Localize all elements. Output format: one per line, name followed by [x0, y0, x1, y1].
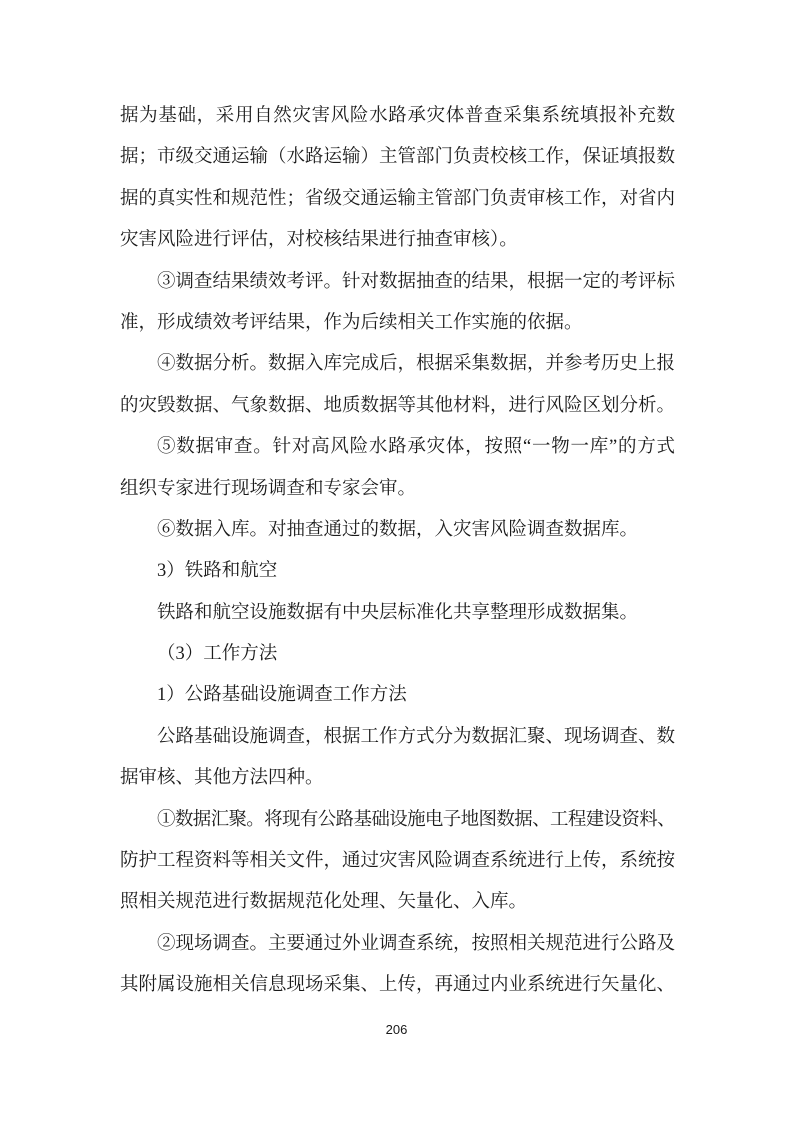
- document-body-text: 据为基础，采用自然灾害风险水路承灾体普查采集系统填报补充数 据；市级交通运输（水…: [120, 96, 675, 1007]
- text-line: 照相关规范进行数据规范化处理、矢量化、入库。: [120, 882, 675, 923]
- text-line: ①数据汇聚。将现有公路基础设施电子地图数据、工程建设资料、: [120, 800, 675, 841]
- section-heading: 3）铁路和航空: [120, 551, 675, 592]
- text-line: ④数据分析。数据入库完成后，根据采集数据，并参考历史上报: [120, 344, 675, 385]
- text-line: 据；市级交通运输（水路运输）主管部门负责校核工作，保证填报数: [120, 137, 675, 178]
- text-line: ⑥数据入库。对抽查通过的数据，入灾害风险调查数据库。: [120, 510, 675, 551]
- page-number: 206: [0, 1022, 793, 1037]
- text-line: 的灾毁数据、气象数据、地质数据等其他材料，进行风险区划分析。: [120, 386, 675, 427]
- text-line: ②现场调查。主要通过外业调查系统，按照相关规范进行公路及: [120, 924, 675, 965]
- text-line: 防护工程资料等相关文件，通过灾害风险调查系统进行上传，系统按: [120, 841, 675, 882]
- text-line: ⑤数据审查。针对高风险水路承灾体，按照“一物一库”的方式: [120, 427, 675, 468]
- text-line: 铁路和航空设施数据有中央层标准化共享整理形成数据集。: [120, 593, 675, 634]
- text-line: 准，形成绩效考评结果，作为后续相关工作实施的依据。: [120, 303, 675, 344]
- text-line: 公路基础设施调查，根据工作方式分为数据汇聚、现场调查、数: [120, 717, 675, 758]
- document-page: 据为基础，采用自然灾害风险水路承灾体普查采集系统填报补充数 据；市级交通运输（水…: [0, 0, 793, 1122]
- text-line: 据审核、其他方法四种。: [120, 758, 675, 799]
- text-line: 据为基础，采用自然灾害风险水路承灾体普查采集系统填报补充数: [120, 96, 675, 137]
- text-line: 其附属设施相关信息现场采集、上传，再通过内业系统进行矢量化、: [120, 965, 675, 1006]
- text-line: 据的真实性和规范性；省级交通运输主管部门负责审核工作，对省内: [120, 179, 675, 220]
- section-heading: （3）工作方法: [120, 634, 675, 675]
- section-heading: 1）公路基础设施调查工作方法: [120, 675, 675, 716]
- text-line: 组织专家进行现场调查和专家会审。: [120, 469, 675, 510]
- text-line: 灾害风险进行评估，对校核结果进行抽查审核）。: [120, 220, 675, 261]
- text-line: ③调查结果绩效考评。针对数据抽查的结果，根据一定的考评标: [120, 262, 675, 303]
